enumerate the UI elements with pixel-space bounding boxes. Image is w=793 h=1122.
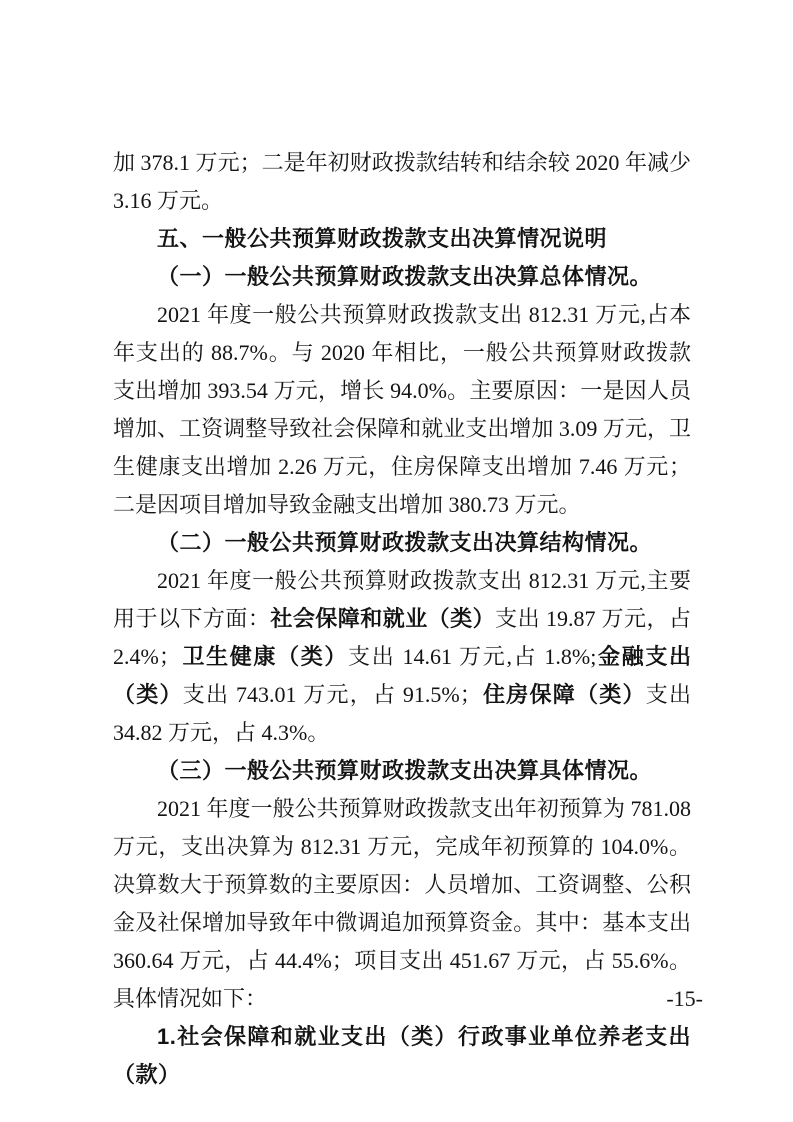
paragraph-5-1-body: 2021 年度一般公共预算财政拨款支出 812.31 万元,占本年支出的 88.… — [113, 296, 691, 524]
document-content: 加 378.1 万元；二是年初财政拨款结转和结余较 2020 年减少 3.16 … — [113, 144, 691, 1094]
text-run: 支出 743.01 万元，占 91.5%； — [183, 682, 482, 707]
subsection-heading-5-2: （二）一般公共预算财政拨款支出决算结构情况。 — [113, 524, 691, 562]
section-heading-5: 五、一般公共预算财政拨款支出决算情况说明 — [113, 220, 691, 258]
page-number: -15- — [666, 986, 703, 1012]
text-run-bold: 住房保障（类） — [482, 682, 646, 707]
subsection-heading-5-1: （一）一般公共预算财政拨款支出决算总体情况。 — [113, 258, 691, 296]
paragraph-5-2-body: 2021 年度一般公共预算财政拨款支出 812.31 万元,主要用于以下方面：社… — [113, 562, 691, 752]
subsection-heading-5-3: （三）一般公共预算财政拨款支出决算具体情况。 — [113, 752, 691, 790]
paragraph-5-3-body: 2021 年度一般公共预算财政拨款支出年初预算为 781.08 万元，支出决算为… — [113, 790, 691, 1018]
item-1-heading: 1.社会保障和就业支出（类）行政事业单位养老支出（款） — [113, 1018, 691, 1094]
text-run: 支出 14.61 万元,占 1.8%; — [348, 644, 596, 669]
text-run-bold: 卫生健康（类） — [181, 644, 348, 669]
text-run-bold: 社会保障和就业（类） — [270, 606, 495, 631]
document-page: 加 378.1 万元；二是年初财政拨款结转和结余较 2020 年减少 3.16 … — [0, 0, 793, 1122]
paragraph-carryover: 加 378.1 万元；二是年初财政拨款结转和结余较 2020 年减少 3.16 … — [113, 144, 691, 220]
